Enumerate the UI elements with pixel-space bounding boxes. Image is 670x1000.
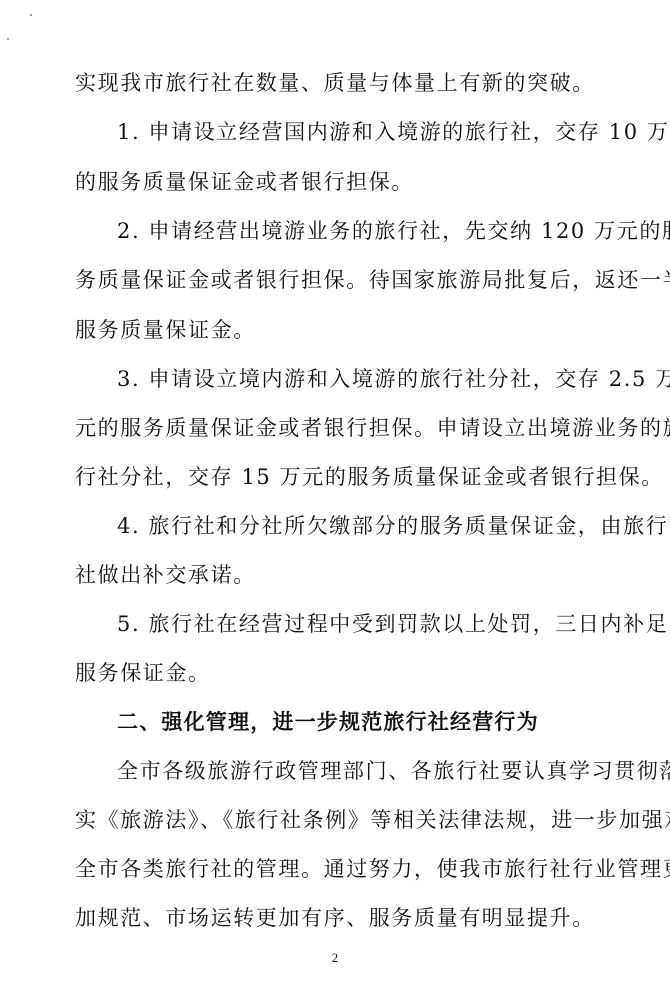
- para-line-1: 全市各级旅游行政管理部门、各旅行社要认真学习贯彻落: [117, 756, 610, 786]
- para-line-3: 全市各类旅行社的管理。通过努力，使我市旅行社行业管理更: [75, 854, 610, 884]
- item-1-line-1: 1. 申请设立经营国内游和入境游的旅行社，交存 10 万元: [117, 117, 610, 147]
- item-2-line-1: 2. 申请经营出境游业务的旅行社，先交纳 120 万元的服: [117, 216, 610, 246]
- item-3-line-1: 3. 申请设立境内游和入境游的旅行社分社，交存 2.5 万: [117, 364, 610, 394]
- item-4-line-2: 社做出补交承诺。: [75, 560, 610, 590]
- item-3-line-2: 元的服务质量保证金或者银行担保。申请设立出境游业务的旅: [75, 413, 610, 443]
- body-line-1: 实现我市旅行社在数量、质量与体量上有新的突破。: [75, 68, 610, 98]
- item-2-line-2: 务质量保证金或者银行担保。待国家旅游局批复后，返还一半: [75, 265, 610, 295]
- item-5-line-1: 5. 旅行社在经营过程中受到罚款以上处罚，三日内补足: [117, 609, 610, 639]
- item-5-line-2: 服务保证金。: [75, 658, 610, 688]
- scan-speck: [30, 14, 32, 16]
- para-line-4: 加规范、市场运转更加有序、服务质量有明显提升。: [75, 903, 610, 933]
- document-page: 实现我市旅行社在数量、质量与体量上有新的突破。 1. 申请设立经营国内游和入境游…: [0, 0, 670, 1000]
- item-1-line-2: 的服务质量保证金或者银行担保。: [75, 167, 610, 197]
- section-heading: 二、强化管理，进一步规范旅行社经营行为: [117, 707, 610, 737]
- item-4-line-1: 4. 旅行社和分社所欠缴部分的服务质量保证金，由旅行: [117, 511, 610, 541]
- page-number: 2: [325, 950, 345, 966]
- item-3-line-3: 行社分社，交存 15 万元的服务质量保证金或者银行担保。: [75, 462, 610, 492]
- scan-speck: [7, 38, 9, 40]
- item-2-line-3: 服务质量保证金。: [75, 315, 610, 345]
- para-line-2: 实《旅游法》、《旅行社条例》等相关法律法规，进一步加强对: [75, 805, 610, 835]
